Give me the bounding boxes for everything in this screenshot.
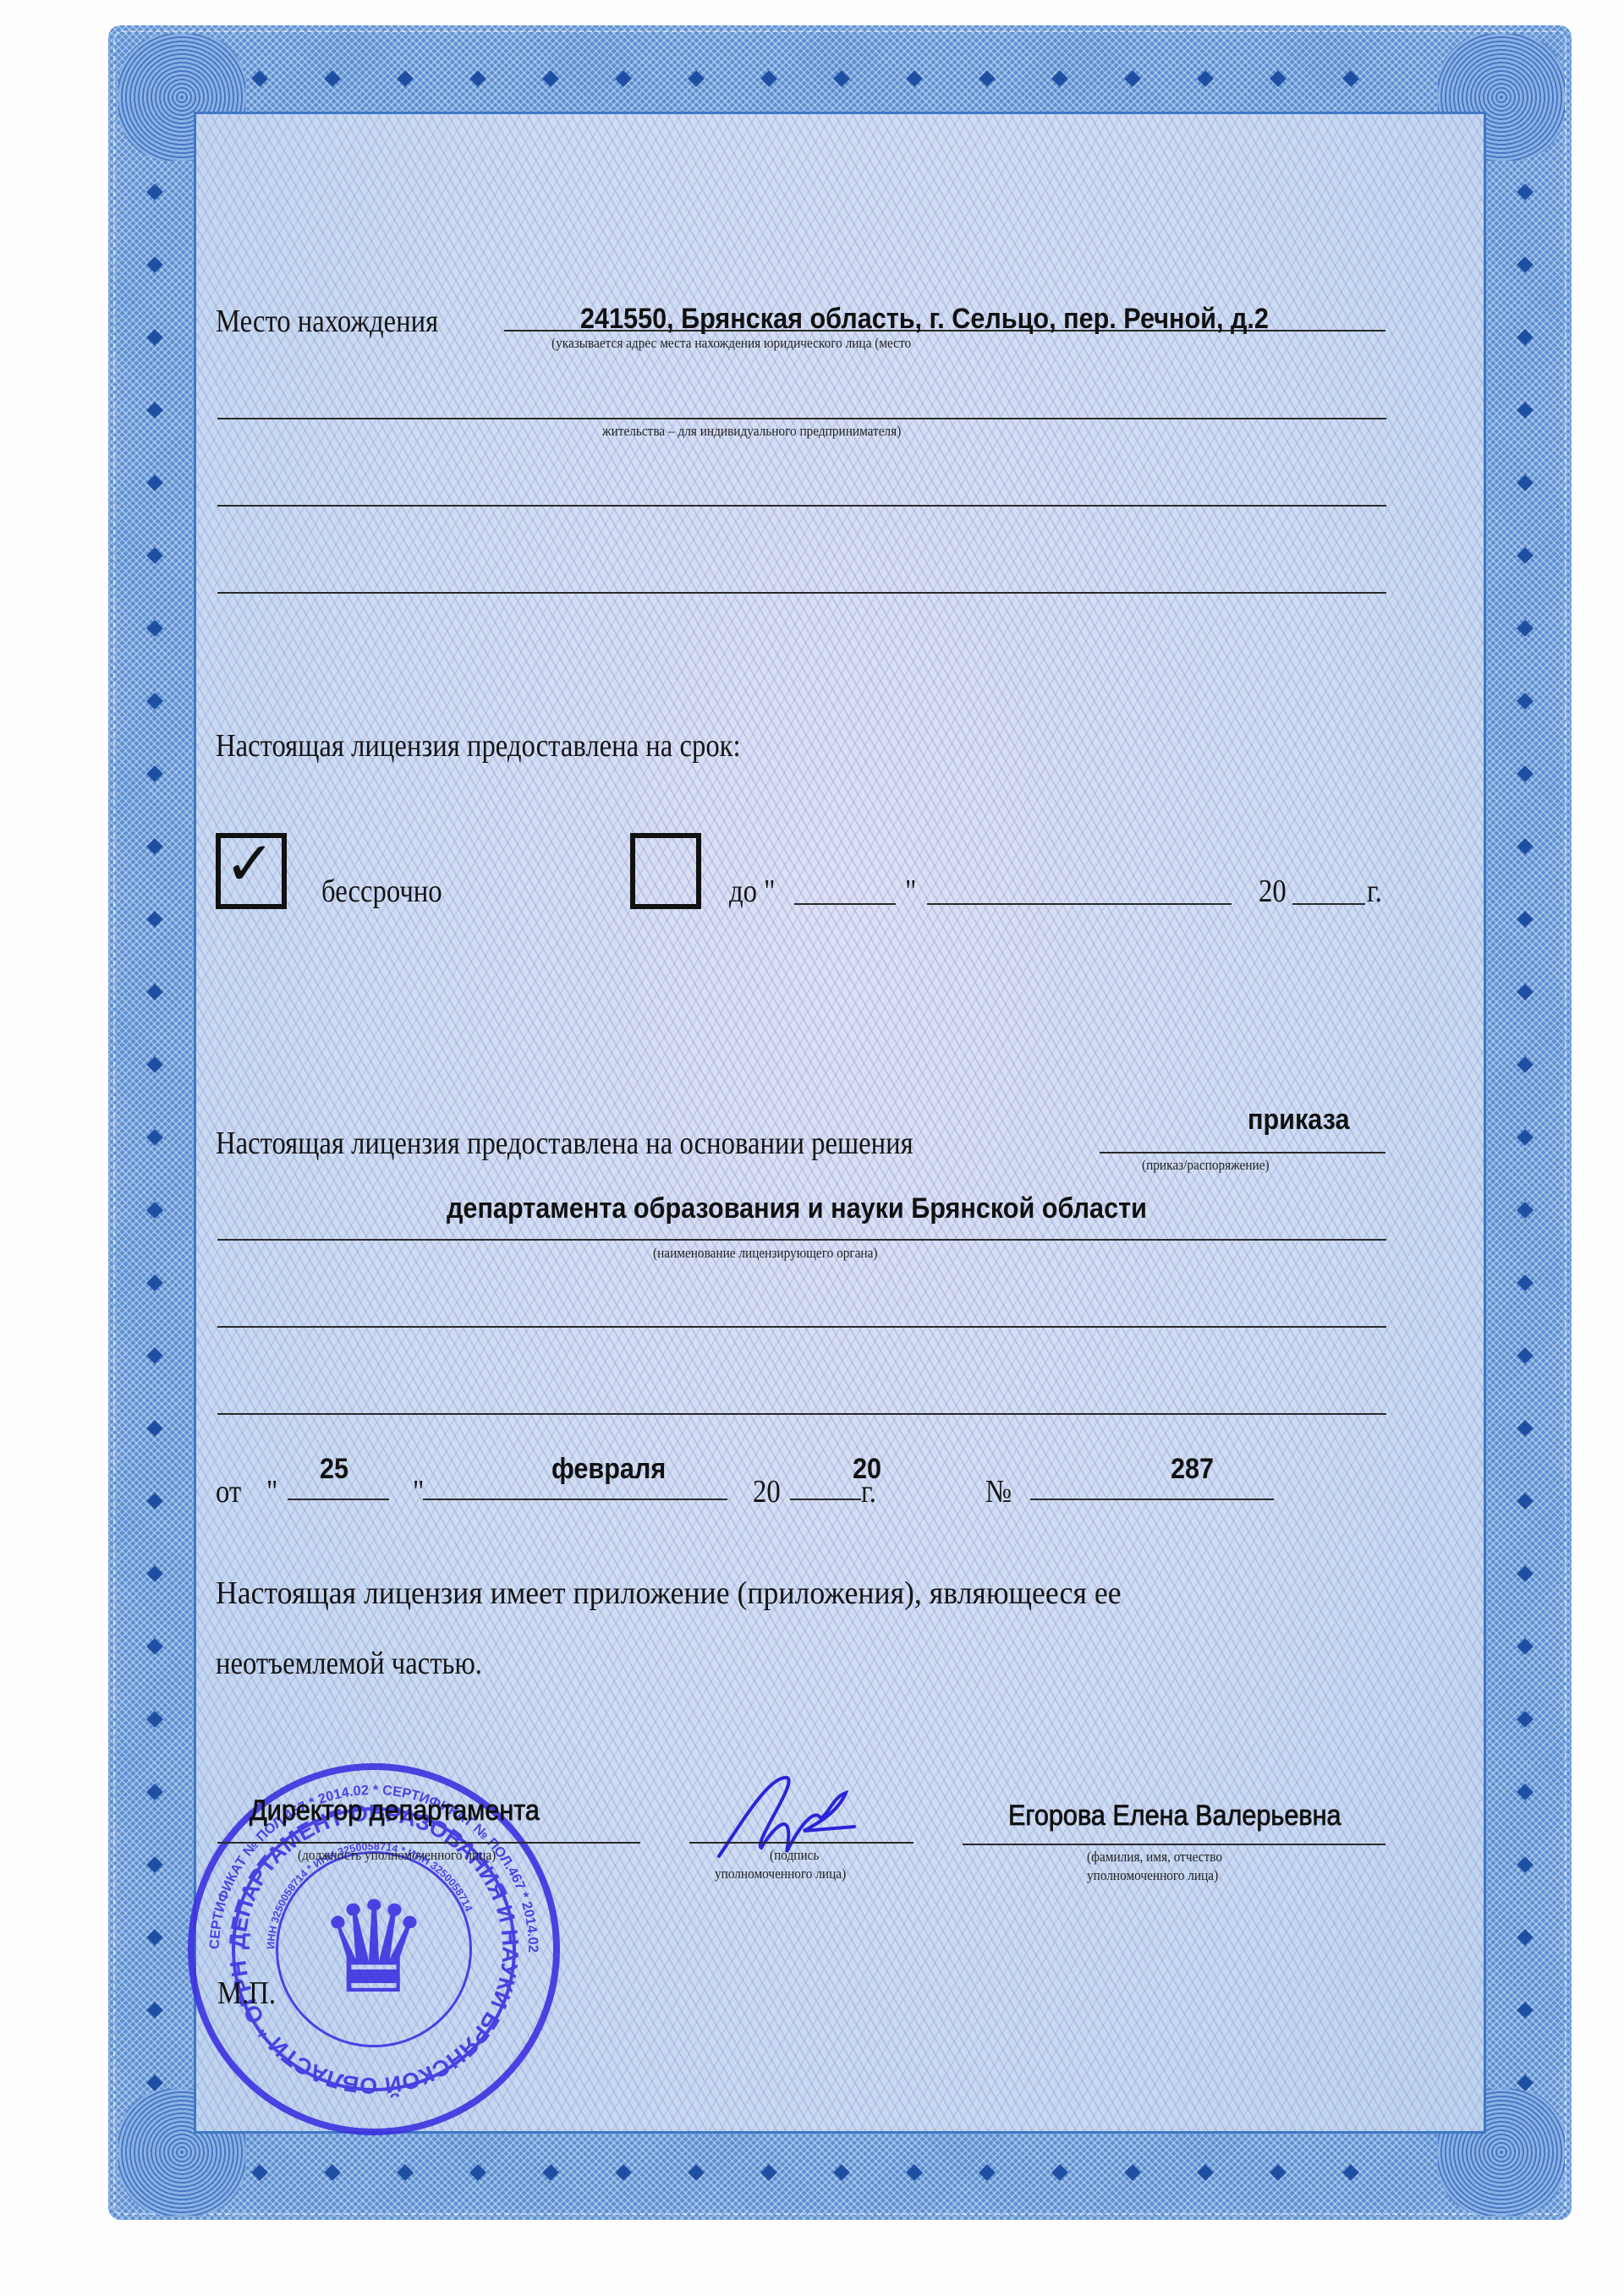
appendix-text-line-2: неотъемлемой частью. <box>216 1645 482 1682</box>
date-year-line <box>790 1499 861 1500</box>
blank-line <box>217 1413 1386 1415</box>
number-value: 287 <box>1171 1453 1214 1486</box>
checkmark-icon: ✓ <box>224 833 275 894</box>
name-hint-2: уполномоченного лица) <box>1087 1867 1218 1884</box>
checkbox-until-date[interactable] <box>630 833 701 909</box>
until-year-suffix: г. <box>1367 873 1382 910</box>
date-day-line <box>288 1499 389 1500</box>
date-day-value: 25 <box>320 1453 348 1486</box>
until-month-line <box>927 903 1232 905</box>
date-from-label: от <box>216 1473 241 1510</box>
term-unlimited-label: бессрочно <box>321 873 442 910</box>
basis-value: приказа <box>1248 1104 1350 1137</box>
authority-hint: (наименование лицензирующего органа) <box>653 1245 878 1262</box>
until-year-prefix: 20 <box>1259 873 1287 910</box>
basis-line <box>1100 1152 1385 1153</box>
date-year-suffix: г. <box>861 1473 876 1510</box>
position-value: Директор департамента <box>250 1795 540 1827</box>
number-line <box>1030 1499 1274 1500</box>
until-year-line <box>1292 903 1365 905</box>
date-month-value: февраля <box>551 1453 666 1486</box>
term-until-label: до " <box>729 873 775 910</box>
blank-line <box>217 505 1386 507</box>
blank-line <box>217 1326 1386 1328</box>
number-label: № <box>985 1473 1012 1510</box>
authority-value: департамента образования и науки Брянско… <box>447 1192 1147 1225</box>
authority-line <box>217 1239 1386 1241</box>
until-day-line <box>794 903 896 905</box>
name-value: Егорова Елена Валерьевна <box>1008 1800 1341 1833</box>
location-line-2 <box>217 418 1386 419</box>
position-line <box>217 1842 640 1844</box>
location-hint-2: жительства – для индивидуального предпри… <box>602 423 901 440</box>
signature-hint-1: (подпись <box>770 1847 819 1864</box>
basis-label: Настоящая лицензия предоставлена на осно… <box>216 1125 913 1162</box>
seal-place-label: М.П. <box>217 1975 276 2012</box>
date-year-prefix: 20 <box>753 1473 781 1510</box>
license-page: Место нахождения 241550, Брянская област… <box>0 0 1624 2296</box>
date-close-quote: " <box>413 1473 424 1510</box>
term-heading: Настоящая лицензия предоставлена на срок… <box>216 727 741 764</box>
signature-line <box>689 1842 913 1844</box>
position-hint: (должность уполномоченного лица) <box>298 1847 496 1864</box>
appendix-text-line-1: Настоящая лицензия имеет приложение (при… <box>216 1575 1122 1612</box>
date-open-quote: " <box>266 1473 277 1510</box>
date-month-line <box>423 1499 727 1500</box>
name-line <box>963 1844 1385 1845</box>
until-quote: " <box>905 873 916 910</box>
basis-hint: (приказ/распоряжение) <box>1142 1157 1270 1174</box>
location-label: Место нахождения <box>216 303 438 340</box>
location-value: 241550, Брянская область, г. Сельцо, пер… <box>580 303 1269 336</box>
double-headed-eagle-icon: ♛ <box>317 1886 431 2013</box>
blank-line <box>217 592 1386 594</box>
name-hint-1: (фамилия, имя, отчество <box>1087 1849 1222 1866</box>
location-hint: (указывается адрес места нахождения юрид… <box>551 335 911 352</box>
signature-hint-2: уполномоченного лица) <box>715 1866 846 1882</box>
